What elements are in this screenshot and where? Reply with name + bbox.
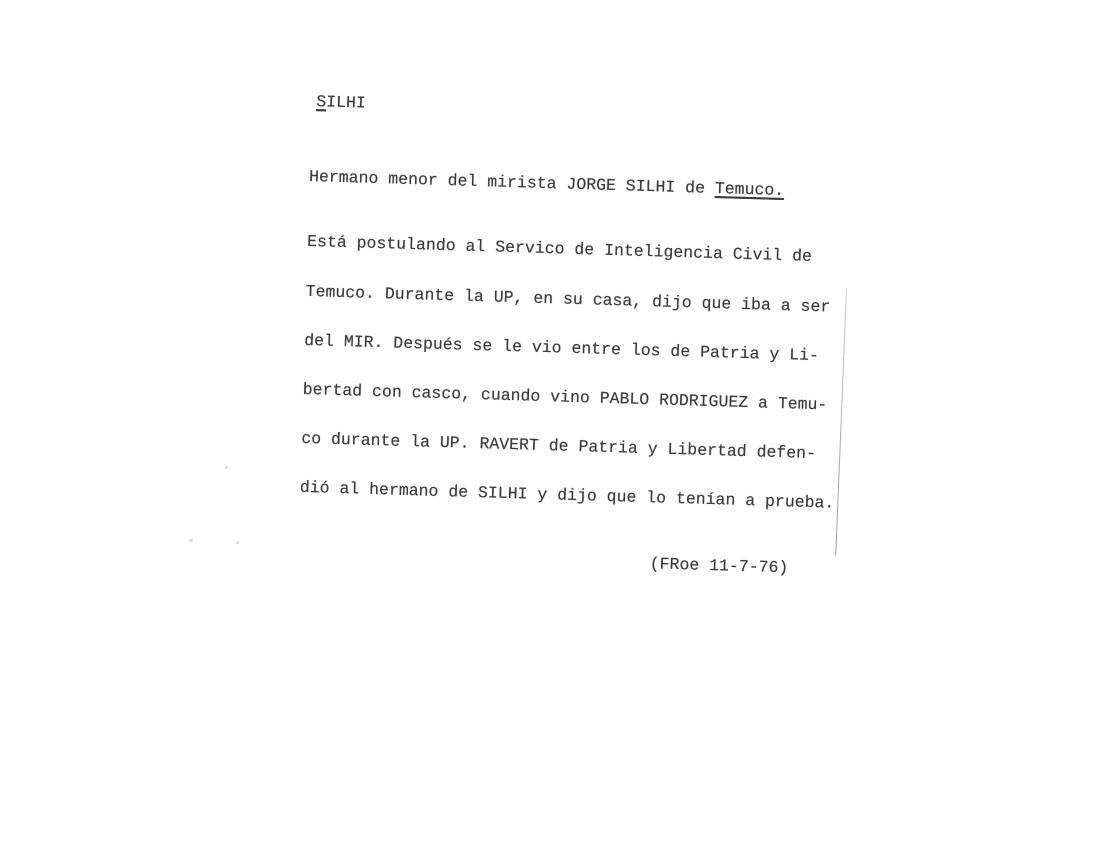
source-citation: (FRoe 11-7-76) [649, 556, 872, 579]
typewritten-text-block: SILHI Hermano menor del mirista JORGE SI… [296, 45, 888, 628]
heading-underlined-letter: S [316, 92, 326, 111]
scanned-document-page: SILHI Hermano menor del mirista JORGE SI… [0, 0, 1100, 850]
body-line-1-underlined-word: Temuco. [715, 179, 785, 200]
scan-speck [225, 466, 228, 469]
body-line-1: Hermano menor del mirista JORGE SILHI de… [309, 169, 884, 202]
body-line-2: Está postulando al Servico de Inteligenc… [307, 234, 882, 267]
body-line-4: del MIR. Después se le vio entre los de … [304, 333, 879, 366]
body-line-7: dió al hermano de SILHI y dijo que lo te… [300, 480, 875, 513]
body-line-1-text: Hermano menor del mirista JORGE SILHI de [309, 167, 715, 198]
body-line-3: Temuco. Durante la UP, en su casa, dijo … [305, 284, 880, 317]
heading-rest: ILHI [326, 93, 366, 113]
body-line-5: bertad con casco, cuando vino PABLO RODR… [303, 382, 878, 415]
body-line-6: co durante la UP. RAVERT de Patria y Lib… [301, 431, 876, 464]
document-heading: SILHI [316, 94, 886, 127]
scan-speck [189, 539, 193, 542]
scan-speck [236, 541, 239, 544]
